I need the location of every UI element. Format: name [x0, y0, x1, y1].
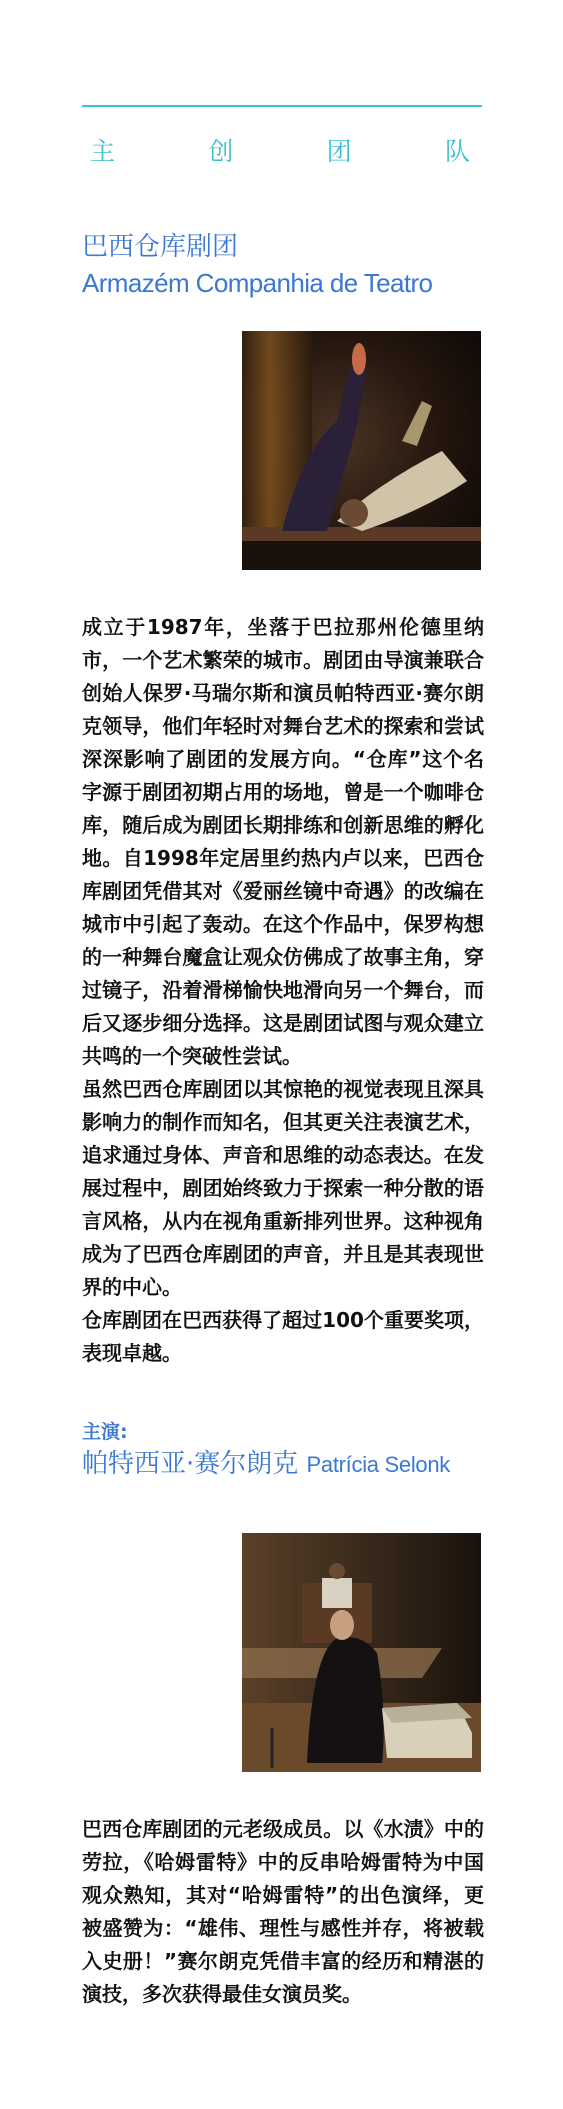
company-paragraph: 成立于1987年，坐落于巴拉那州伦德里纳市，一个艺术繁荣的城市。剧团由导演兼联合…: [82, 611, 484, 1073]
company-name-zh: 巴西仓库剧团: [82, 229, 238, 265]
stage-photo-image: [242, 1533, 481, 1772]
section-title-char: 创: [208, 134, 233, 170]
company-name-en: Armazém Companhia de Teatro: [82, 265, 432, 302]
section-divider: [82, 105, 482, 107]
lead-name-zh: 帕特西亚·赛尔朗克: [82, 1449, 298, 1479]
lead-name: 帕特西亚·赛尔朗克 Patrícia Selonk: [82, 1446, 450, 1483]
company-description: 成立于1987年，坐落于巴拉那州伦德里纳市，一个艺术繁荣的城市。剧团由导演兼联合…: [82, 611, 484, 1370]
company-name-en-text: Armazém Companhia de Teatro: [82, 268, 432, 298]
section-title: 主 创 团 队: [82, 134, 482, 170]
stage-photo-image: [242, 331, 481, 570]
section-title-char: 队: [445, 134, 470, 170]
lead-name-en: Patrícia Selonk: [307, 1452, 450, 1477]
company-paragraph: 虽然巴西仓库剧团以其惊艳的视觉表现且深具影响力的制作而知名，但其更关注表演艺术，…: [82, 1073, 484, 1304]
lead-photo: [242, 1533, 481, 1772]
section-title-char: 主: [90, 134, 115, 170]
lead-role-label: 主演:: [82, 1420, 128, 1444]
company-photo: [242, 331, 481, 570]
company-paragraph: 仓库剧团在巴西获得了超过100个重要奖项，表现卓越。: [82, 1304, 484, 1370]
lead-bio: 巴西仓库剧团的元老级成员。以《水渍》中的劳拉，《哈姆雷特》中的反串哈姆雷特为中国…: [82, 1813, 484, 2011]
section-title-char: 团: [327, 134, 352, 170]
